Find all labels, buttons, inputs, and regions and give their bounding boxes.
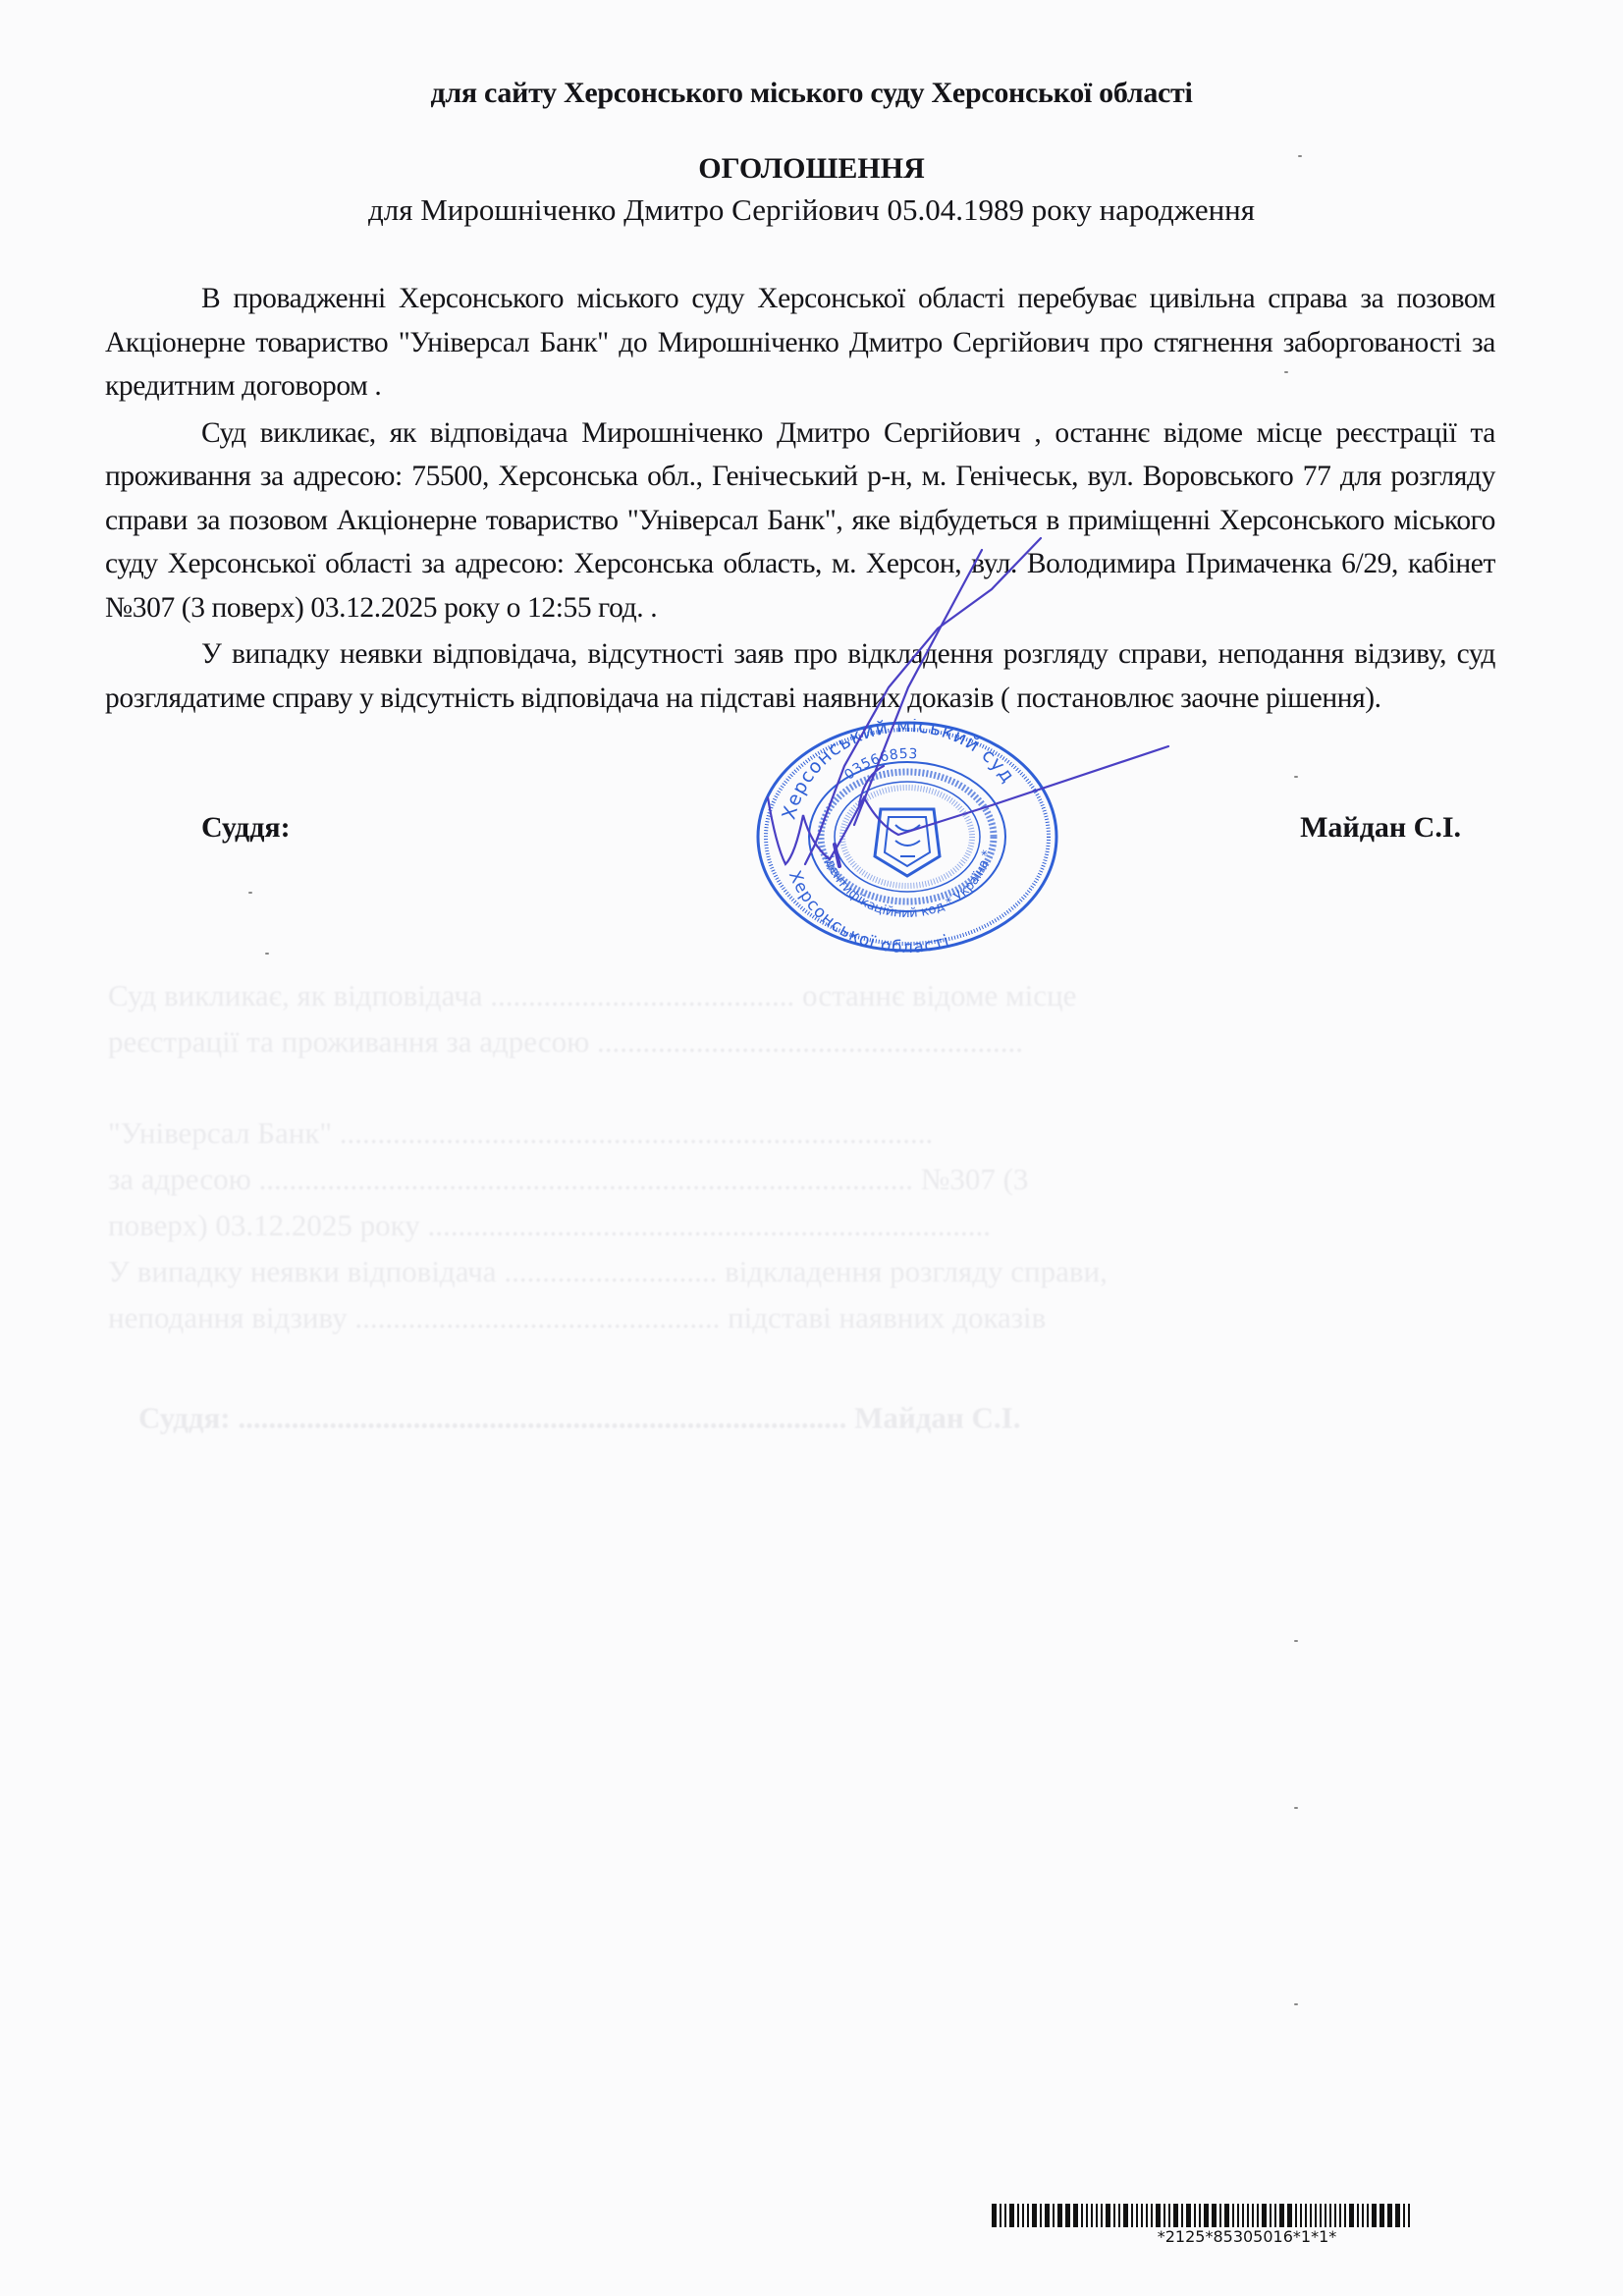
scan-speck <box>1284 371 1288 373</box>
document-barcode <box>992 2204 1502 2227</box>
scan-speck <box>1294 1640 1298 1642</box>
scan-speck <box>248 892 252 894</box>
document-title: ОГОЛОШЕННЯ <box>0 152 1623 186</box>
scan-speck <box>1294 776 1298 778</box>
judge-name: Майдан С.І. <box>1300 811 1461 845</box>
scan-speck <box>1294 1807 1298 1809</box>
scan-speck <box>1298 155 1302 157</box>
document-page: Суд викликає, як відповідача ...........… <box>0 0 1623 2296</box>
judge-label: Суддя: <box>201 811 291 845</box>
document-header: для сайту Херсонського міського суду Хер… <box>0 77 1623 110</box>
scan-speck <box>1294 2003 1298 2005</box>
paragraph-case-info: В провадженні Херсонського міського суду… <box>105 277 1495 409</box>
paragraph-summons: Суд викликає, як відповідача Мирошніченк… <box>105 411 1495 630</box>
document-subtitle: для Мирошніченко Дмитро Сергійович 05.04… <box>0 192 1623 228</box>
paragraph-absence-notice: У випадку неявки відповідача, відсутност… <box>105 632 1495 720</box>
document-body: В провадженні Херсонського міського суду… <box>105 277 1495 723</box>
svg-text:03566853: 03566853 <box>841 746 918 784</box>
barcode-text: *2125*85305016*1*1* <box>992 2227 1502 2246</box>
court-stamp-icon: Херсонський міський суд Херсонської обла… <box>753 719 1061 955</box>
scan-speck <box>265 953 269 955</box>
